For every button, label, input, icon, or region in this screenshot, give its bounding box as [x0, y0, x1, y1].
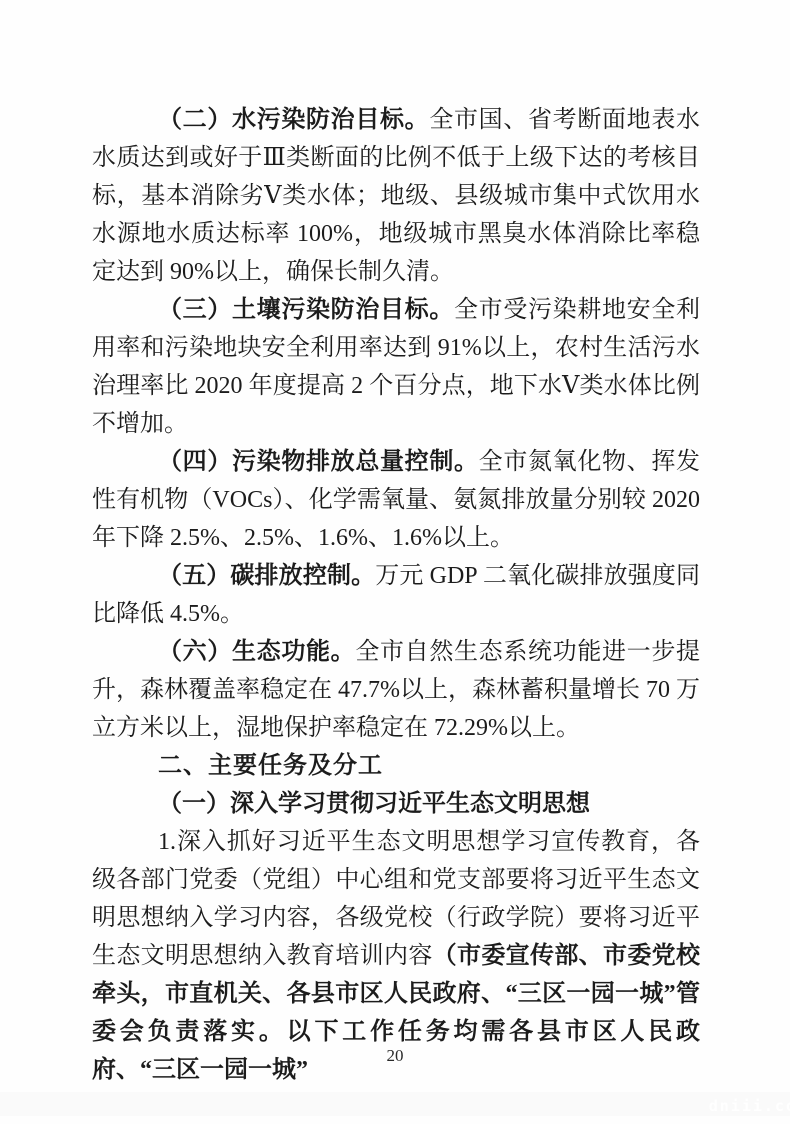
paragraph-water-pollution-goal: （二）水污染防治目标。全市国、省考断面地表水水质达到或好于Ⅲ类断面的比例不低于上…: [92, 101, 700, 291]
paragraph-lead-emission: （四）污染物排放总量控制。: [158, 449, 479, 475]
paragraph-lead-water: （二）水污染防治目标。: [158, 107, 429, 133]
heading-study-ecological-thought: （一）深入学习贯彻习近平生态文明思想: [92, 785, 700, 823]
paragraph-ecological-function: （六）生态功能。全市自然生态系统功能进一步提升，森林覆盖率稳定在 47.7%以上…: [92, 633, 700, 747]
paragraph-emission-total-control: （四）污染物排放总量控制。全市氮氧化物、挥发性有机物（VOCs）、化学需氧量、氨…: [92, 443, 700, 557]
watermark-text: dniii.co: [709, 1097, 790, 1115]
paragraph-lead-eco: （六）生态功能。: [158, 639, 355, 665]
watermark-strip: [0, 1092, 790, 1116]
paragraph-lead-soil: （三）土壤污染防治目标。: [158, 297, 454, 323]
document-page: （二）水污染防治目标。全市国、省考断面地表水水质达到或好于Ⅲ类断面的比例不低于上…: [0, 0, 790, 1124]
heading-main-tasks: 二、主要任务及分工: [92, 747, 700, 785]
paragraph-lead-carbon: （五）碳排放控制。: [158, 563, 375, 589]
paragraph-soil-pollution-goal: （三）土壤污染防治目标。全市受污染耕地安全利用率和污染地块安全利用率达到 91%…: [92, 291, 700, 443]
paragraph-text-water: 全市国、省考断面地表水水质达到或好于Ⅲ类断面的比例不低于上级下达的考核目标，基本…: [92, 107, 700, 285]
document-body: （二）水污染防治目标。全市国、省考断面地表水水质达到或好于Ⅲ类断面的比例不低于上…: [92, 101, 700, 1089]
paragraph-carbon-control: （五）碳排放控制。万元 GDP 二氧化碳排放强度同比降低 4.5%。: [92, 557, 700, 633]
page-number: 20: [0, 1044, 790, 1068]
